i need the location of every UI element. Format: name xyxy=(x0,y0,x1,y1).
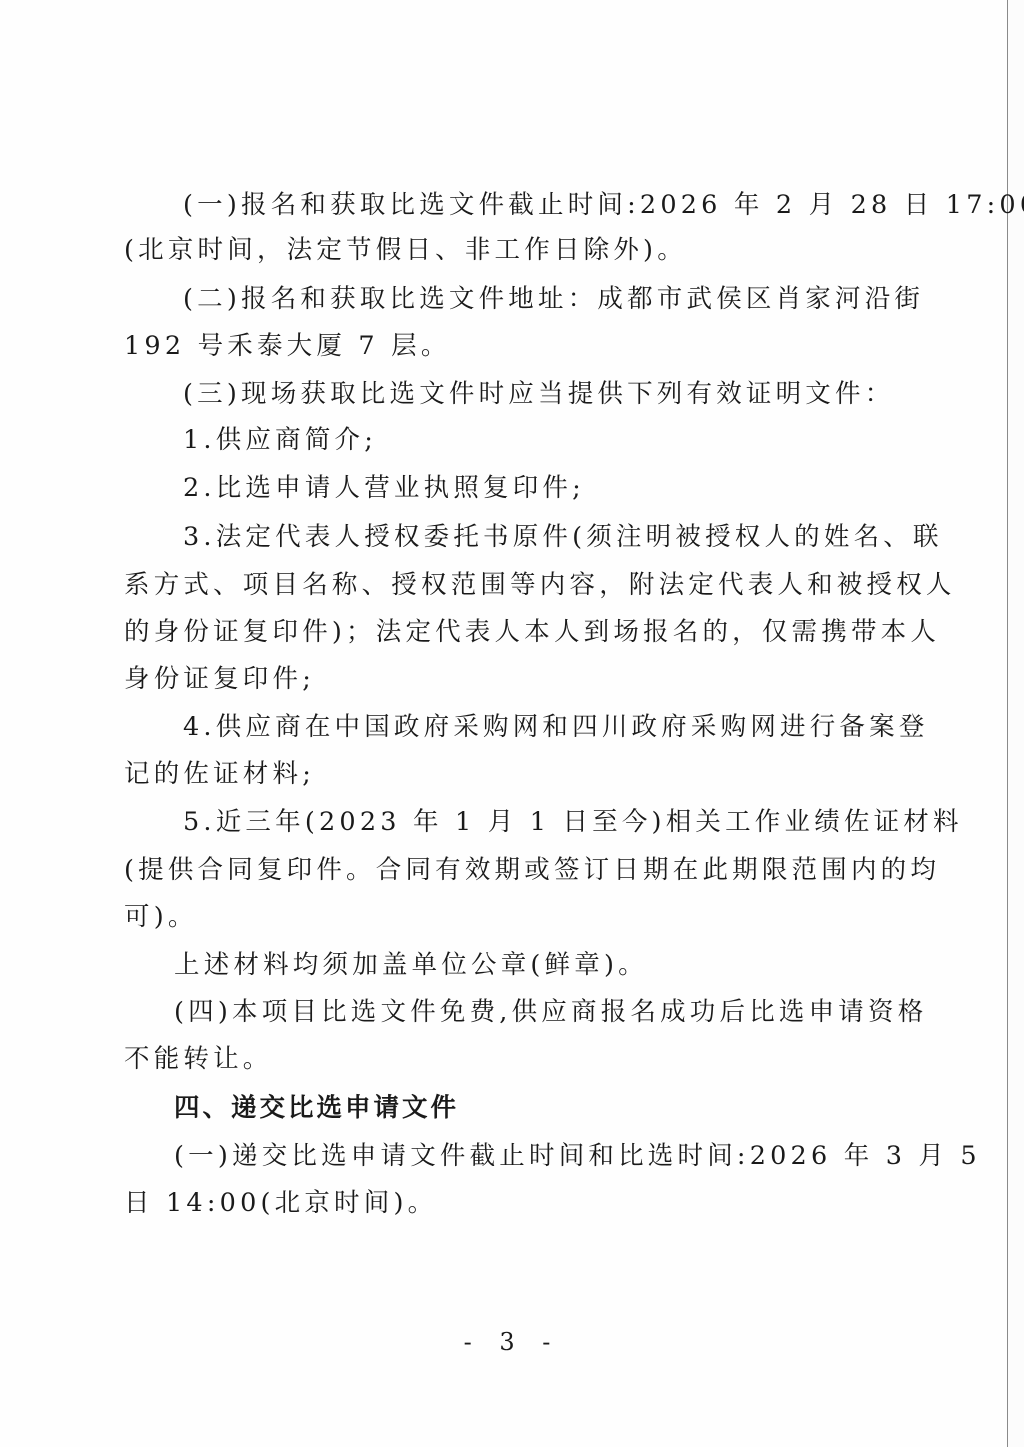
registration-deadline-line-1: (一)报名和获取比选文件截止时间:2026 年 2 月 28 日 17:00 xyxy=(183,189,883,221)
required-item-3-line-4: 身份证复印件; xyxy=(124,663,315,695)
required-item-4-line-1: 4.供应商在中国政府采购网和四川政府采购网进行备案登 xyxy=(183,711,883,743)
required-item-3-line-2: 系方式、项目名称、授权范围等内容，附法定代表人和被授权人 xyxy=(124,569,883,601)
required-item-5-line-1: 5.近三年(2023 年 1 月 1 日至今)相关工作业绩佐证材料 xyxy=(183,806,883,838)
free-documents-line-2: 不能转让。 xyxy=(124,1043,273,1075)
registration-address-line-2: 192 号禾泰大厦 7 层。 xyxy=(124,330,451,362)
required-item-2: 2.比选申请人营业执照复印件; xyxy=(183,472,585,504)
required-item-3-line-1: 3.法定代表人授权委托书原件(须注明被授权人的姓名、联 xyxy=(183,521,883,553)
free-documents-line-1: (四)本项目比选文件免费,供应商报名成功后比选申请资格 xyxy=(174,996,883,1028)
registration-address-line-1: (二)报名和获取比选文件地址：成都市武侯区肖家河沿街 xyxy=(183,283,883,315)
seal-requirement: 上述材料均须加盖单位公章(鲜章)。 xyxy=(174,949,648,981)
section-heading-submission: 四、递交比选申请文件 xyxy=(174,1092,459,1124)
required-item-5-line-3: 可)。 xyxy=(124,901,198,933)
registration-deadline-line-2: (北京时间，法定节假日、非工作日除外)。 xyxy=(124,234,687,266)
page-number: - 3 - xyxy=(0,1328,1024,1356)
submission-deadline-line-2: 日 14:00(北京时间)。 xyxy=(124,1187,437,1219)
submission-deadline-line-1: (一)递交比选申请文件截止时间和比选时间:2026 年 3 月 5 xyxy=(174,1140,883,1172)
required-item-1: 1.供应商简介; xyxy=(183,424,377,456)
document-page: (一)报名和获取比选文件截止时间:2026 年 2 月 28 日 17:00 (… xyxy=(0,0,1024,1447)
required-item-4-line-2: 记的佐证材料; xyxy=(124,758,315,790)
required-item-3-line-3: 的身份证复印件)；法定代表人本人到场报名的，仅需携带本人 xyxy=(124,616,883,648)
required-documents-intro: (三)现场获取比选文件时应当提供下列有效证明文件： xyxy=(183,378,894,410)
required-item-5-line-2: (提供合同复印件。合同有效期或签订日期在此期限范围内的均 xyxy=(124,854,883,886)
